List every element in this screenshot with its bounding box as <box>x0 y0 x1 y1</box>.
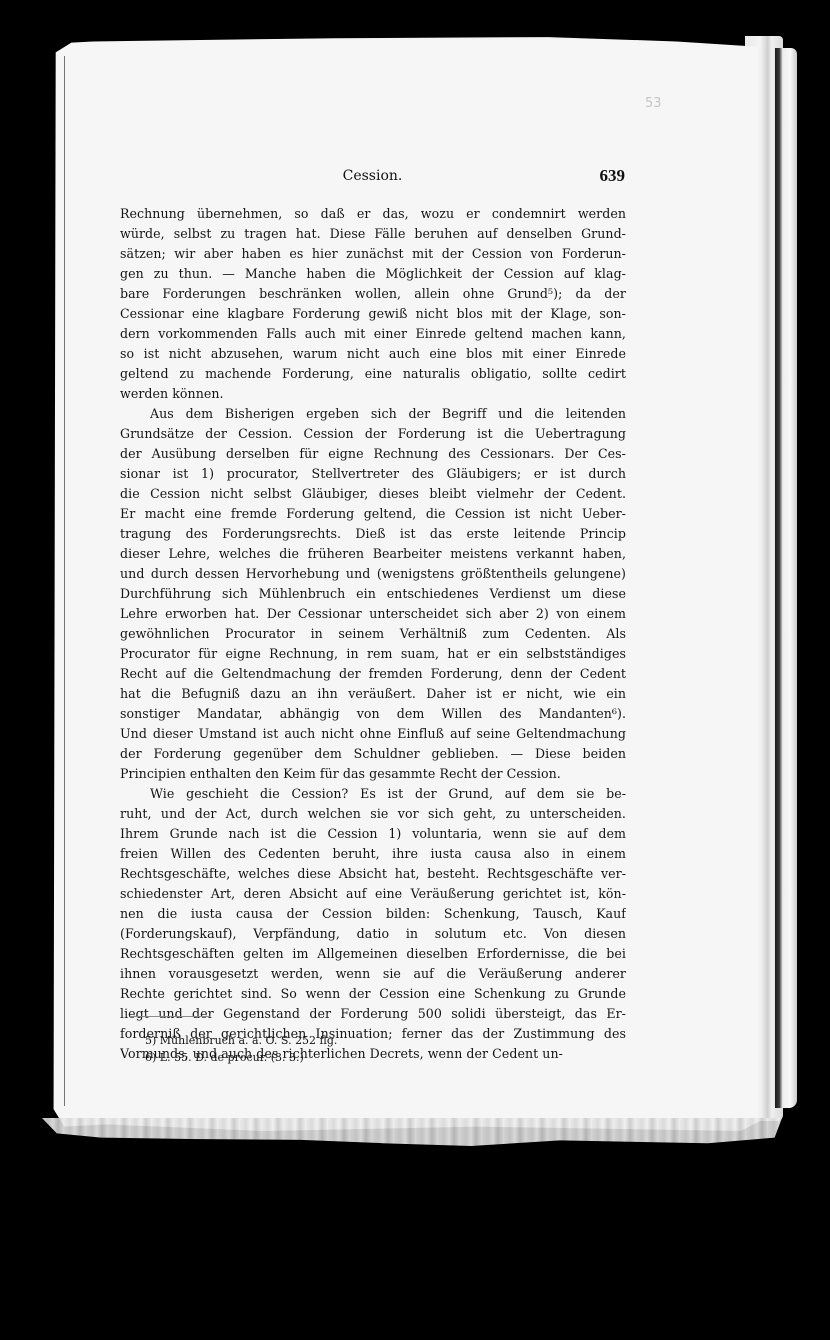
text-line: werden können. <box>120 384 626 404</box>
text-line: Rechnung übernehmen, so daß er das, wozu… <box>120 204 626 224</box>
running-title: Cession. <box>120 168 625 184</box>
text-line: Lehre erworben hat. Der Cessionar unters… <box>120 604 626 624</box>
text-line: geltend zu machende Forderung, eine natu… <box>120 364 626 384</box>
text-line: freien Willen des Cedenten beruht, ihre … <box>120 844 626 864</box>
running-head: Cession. 639 <box>120 168 625 190</box>
text-line: Rechtsgeschäfte, welches diese Absicht h… <box>120 864 626 884</box>
text-line: (Forderungskauf), Verpfändung, datio in … <box>120 924 626 944</box>
text-line: der Ausübung derselben für eigne Rechnun… <box>120 444 626 464</box>
text-line: sionar ist 1) procurator, Stellvertreter… <box>120 464 626 484</box>
text-line: hat die Befugniß dazu an ihn veräußert. … <box>120 684 626 704</box>
text-line: Cessionar eine klagbare Forderung gewiß … <box>120 304 626 324</box>
underlying-page-edge-outer <box>775 48 797 1108</box>
text-line: Principien enthalten den Keim für das ge… <box>120 764 626 784</box>
text-line: Er macht eine fremde Forderung geltend, … <box>120 504 626 524</box>
text-line: sonstiger Mandatar, abhängig von dem Wil… <box>120 704 626 724</box>
text-line: Rechte gerichtet sind. So wenn der Cessi… <box>120 984 626 1004</box>
text-line: Recht auf die Geltendmachung der fremden… <box>120 664 626 684</box>
text-line: gewöhnlichen Procurator in seinem Verhäl… <box>120 624 626 644</box>
text-line: bare Forderungen beschränken wollen, all… <box>120 284 626 304</box>
text-line: Ihrem Grunde nach ist die Cession 1) vol… <box>120 824 626 844</box>
text-line: so ist nicht abzusehen, warum nicht auch… <box>120 344 626 364</box>
text-line: der Forderung gegenüber dem Schuldner ge… <box>120 744 626 764</box>
text-line: gen zu thun. — Manche haben die Möglichk… <box>120 264 626 284</box>
footnote: 6) L. 55. D. de procur. (3. 3.) <box>145 1049 337 1066</box>
pencil-annotation: 53 <box>645 96 662 111</box>
page-number: 639 <box>600 166 626 186</box>
text-line: nen die iusta causa der Cession bilden: … <box>120 904 626 924</box>
text-line: und durch dessen Hervorhebung und (wenig… <box>120 564 626 584</box>
text-line: Rechtsgeschäften gelten im Allgemeinen d… <box>120 944 626 964</box>
text-line: schiedenster Art, deren Absicht auf eine… <box>120 884 626 904</box>
text-line: Grundsätze der Cession. Cession der Ford… <box>120 424 626 444</box>
text-line: Und dieser Umstand ist auch nicht ohne E… <box>120 724 626 744</box>
text-line: dieser Lehre, welches die früheren Bearb… <box>120 544 626 564</box>
footnote: 5) Mühlenbruch a. a. O. S. 252 flg. <box>145 1032 337 1049</box>
text-line: sätzen; wir aber haben es hier zunächst … <box>120 244 626 264</box>
footnote-rule <box>130 1016 210 1017</box>
text-line: liegt und der Gegenstand der Forderung 5… <box>120 1004 626 1024</box>
footnotes: 5) Mühlenbruch a. a. O. S. 252 flg.6) L.… <box>145 1032 337 1066</box>
text-line: Aus dem Bisherigen ergeben sich der Begr… <box>120 404 626 424</box>
text-line: ruht, und der Act, durch welchen sie vor… <box>120 804 626 824</box>
text-line: würde, selbst zu tragen hat. Diese Fälle… <box>120 224 626 244</box>
body-text: Rechnung übernehmen, so daß er das, wozu… <box>120 204 626 1064</box>
text-line: ihnen vorausgesetzt werden, wenn sie auf… <box>120 964 626 984</box>
text-line: Wie geschieht die Cession? Es ist der Gr… <box>120 784 626 804</box>
text-line: tragung des Forderungsrechts. Dieß ist d… <box>120 524 626 544</box>
text-line: dern vorkommenden Falls auch mit einer E… <box>120 324 626 344</box>
text-line: die Cession nicht selbst Gläubiger, dies… <box>120 484 626 504</box>
text-line: Durchführung sich Mühlenbruch ein entsch… <box>120 584 626 604</box>
text-line: Procurator für eigne Rechnung, in rem su… <box>120 644 626 664</box>
